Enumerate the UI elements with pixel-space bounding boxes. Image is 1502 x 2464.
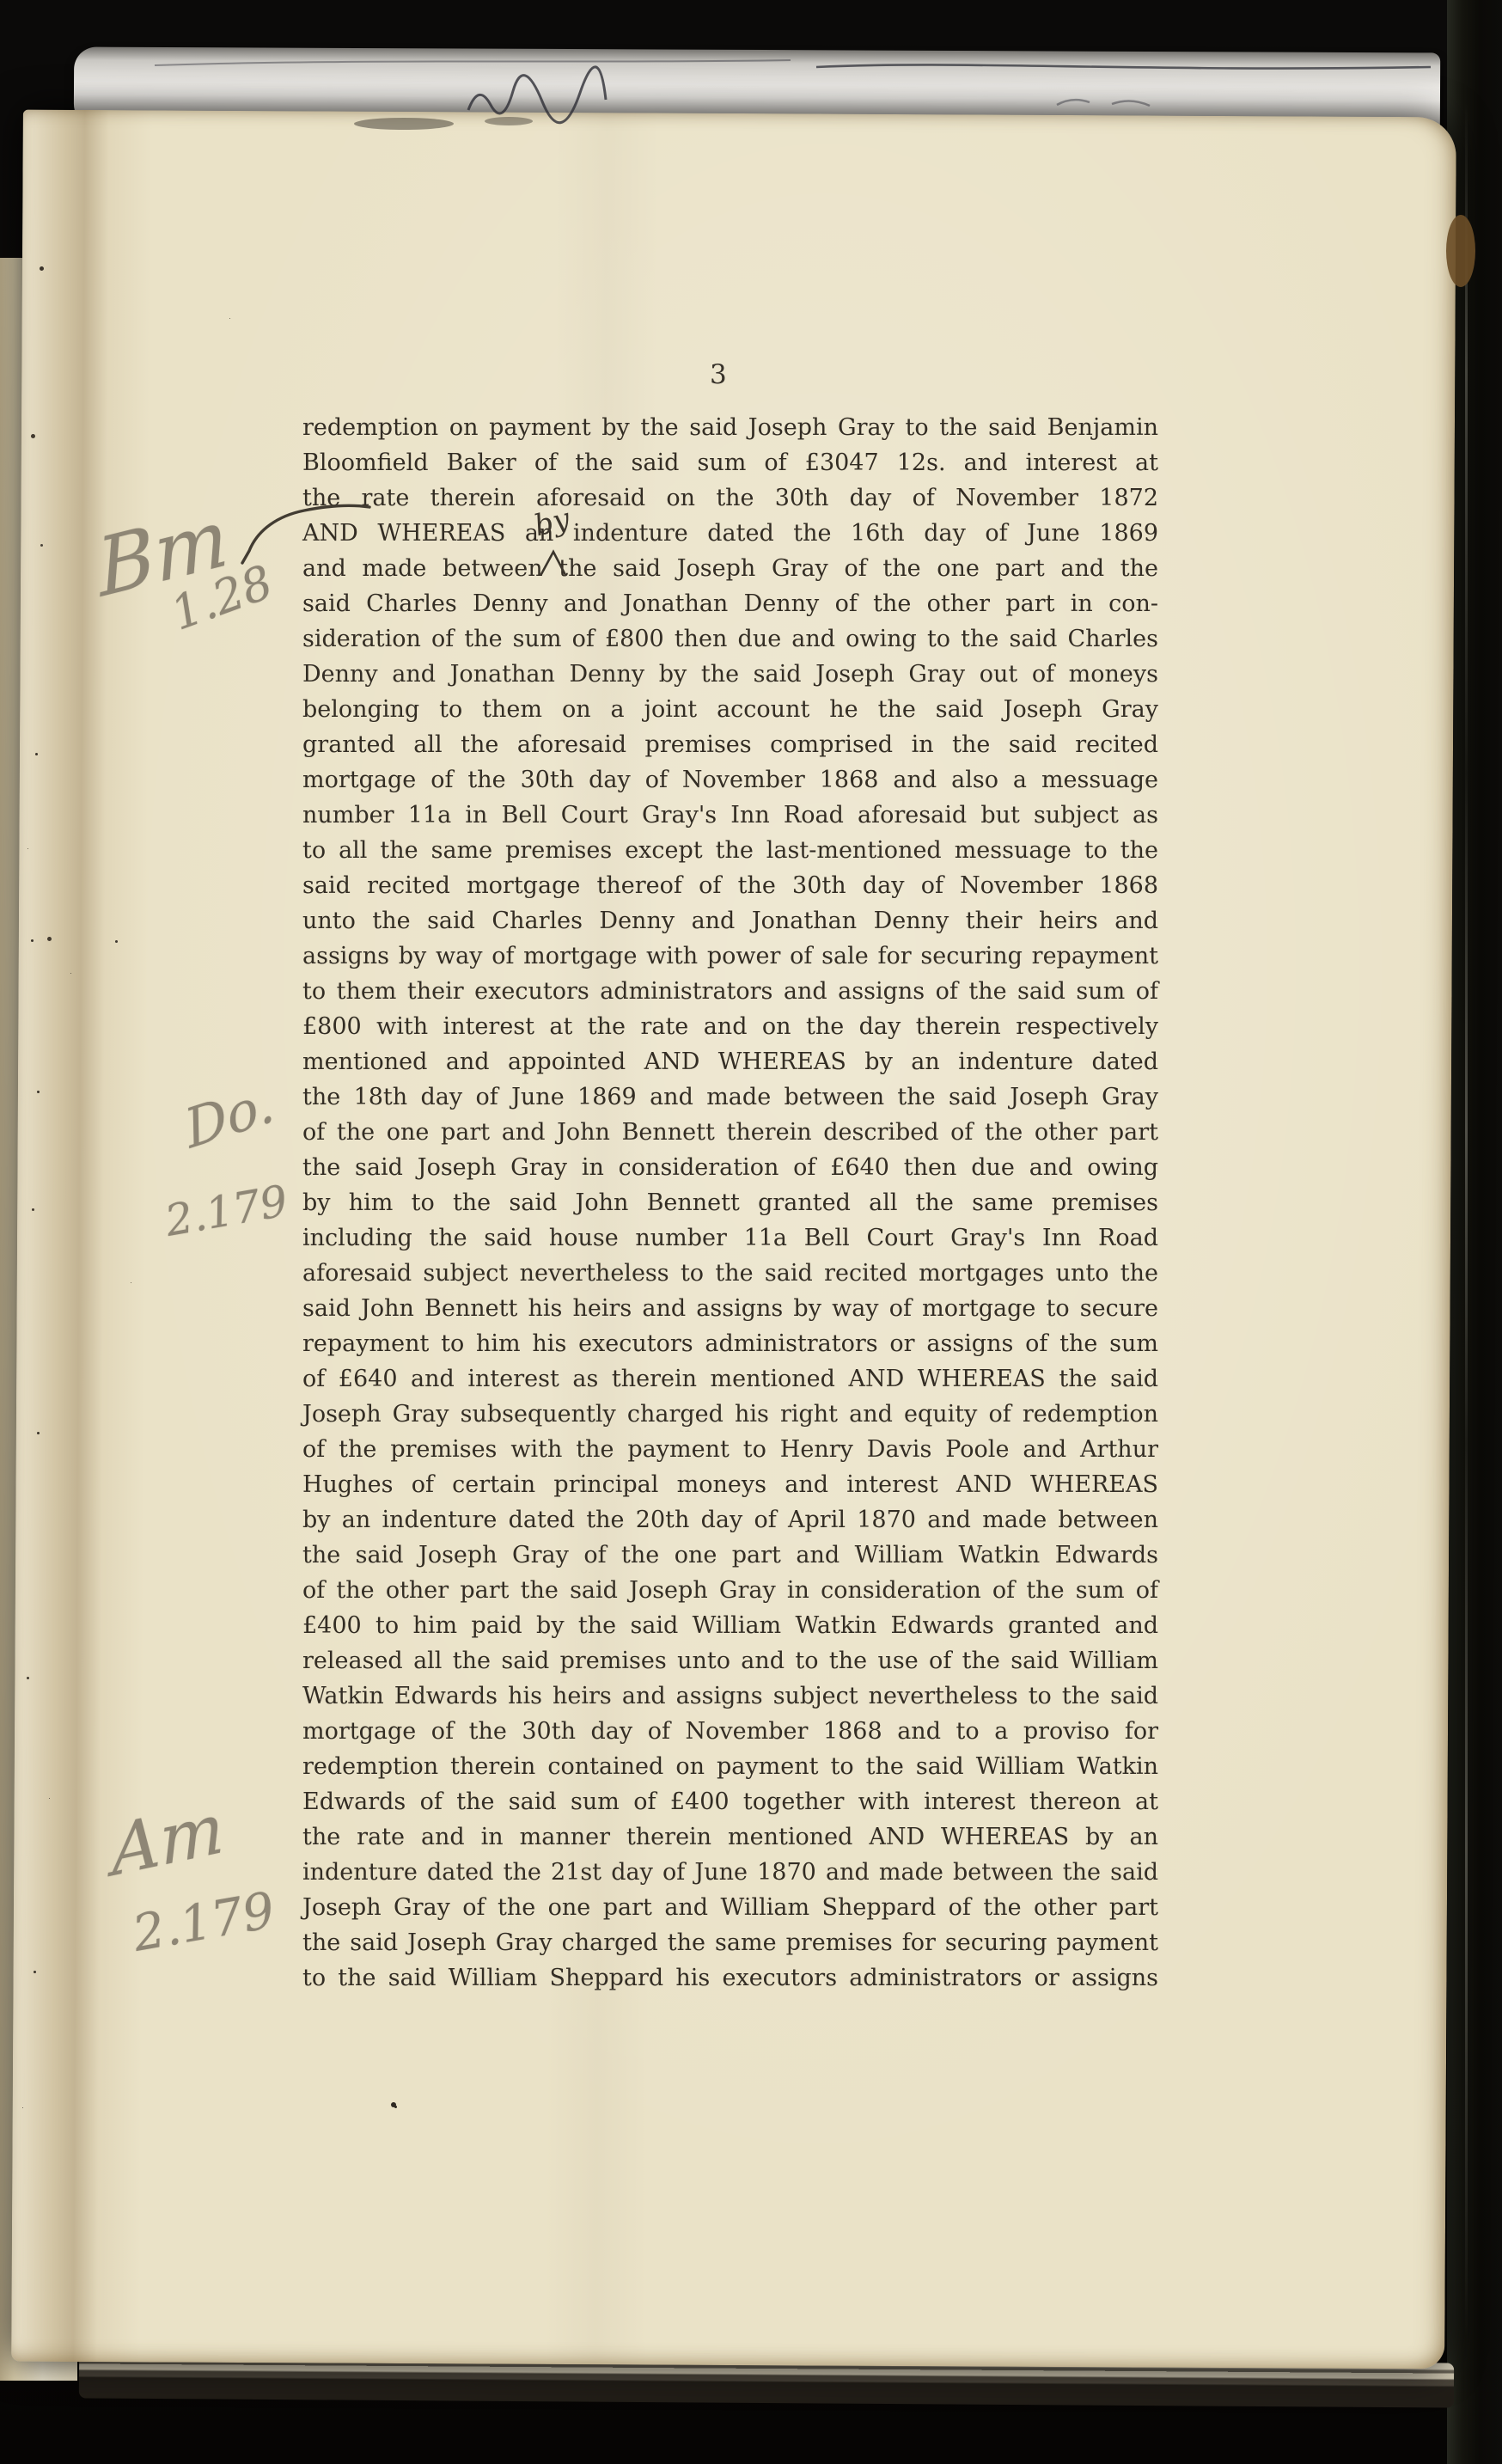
text-line: Edwards of the said sum of £400 together… <box>302 1784 1158 1819</box>
text-line: aforesaid subject nevertheless to the sa… <box>302 1256 1158 1291</box>
text-line: the said Joseph Gray in consideration of… <box>302 1150 1158 1185</box>
text-line: to all the same premises except the last… <box>302 833 1158 868</box>
text-line: unto the said Charles Denny and Jonathan… <box>302 903 1158 939</box>
text-line: the 18th day of June 1869 and made betwe… <box>302 1079 1158 1115</box>
text-line: of the premises with the payment to Henr… <box>302 1432 1158 1467</box>
text-line: £800 with interest at the rate and on th… <box>302 1009 1158 1044</box>
photographed-book-page: 3 redemption on payment by the said Jose… <box>0 0 1502 2464</box>
text-line: the said Joseph Gray charged the same pr… <box>302 1925 1158 1960</box>
text-line: redemption therein contained on payment … <box>302 1749 1158 1784</box>
text-line: mortgage of the 30th day of November 186… <box>302 762 1158 798</box>
text-line: assigns by way of mortgage with power of… <box>302 939 1158 974</box>
text-line: granted all the aforesaid premises compr… <box>302 727 1158 762</box>
text-line: by an indenture dated the 20th day of Ap… <box>302 1502 1158 1538</box>
text-line: to the said William Sheppard his executo… <box>302 1960 1158 1996</box>
book-cover-highlight <box>1465 103 1468 2338</box>
text-line: redemption on payment by the said Joseph… <box>302 410 1158 445</box>
text-line: said Charles Denny and Jonathan Denny of… <box>302 586 1158 621</box>
text-line: the said Joseph Gray of the one part and… <box>302 1538 1158 1573</box>
text-line: Watkin Edwards his heirs and assigns sub… <box>302 1678 1158 1714</box>
text-line: released all the said premises unto and … <box>302 1643 1158 1678</box>
text-line: of the other part the said Joseph Gray i… <box>302 1573 1158 1608</box>
text-line: to them their executors administrators a… <box>302 974 1158 1009</box>
text-line: Denny and Jonathan Denny by the said Jos… <box>302 657 1158 692</box>
text-line: number 11a in Bell Court Gray's Inn Road… <box>302 798 1158 833</box>
text-line: sideration of the sum of £800 then due a… <box>302 621 1158 657</box>
ink-specks <box>40 266 44 271</box>
text-line: Joseph Gray of the one part and William … <box>302 1890 1158 1925</box>
text-line: the rate therein aforesaid on the 30th d… <box>302 480 1158 516</box>
text-line: Hughes of certain principal moneys and i… <box>302 1467 1158 1502</box>
text-line: of £640 and interest as therein mentione… <box>302 1361 1158 1397</box>
text-line: AND WHEREAS an indenture dated the 16th … <box>302 516 1158 551</box>
document-text: redemption on payment by the said Joseph… <box>302 410 1158 1996</box>
text-line: the rate and in manner therein mentioned… <box>302 1819 1158 1855</box>
text-line: including the said house number 11a Bell… <box>302 1220 1158 1256</box>
text-line: belonging to them on a joint account he … <box>302 692 1158 727</box>
text-line: mortgage of the 30th day of November 186… <box>302 1714 1158 1749</box>
text-line: said recited mortgage thereof of the 30t… <box>302 868 1158 903</box>
text-line: Bloomfield Baker of the said sum of £304… <box>302 445 1158 480</box>
text-line: mentioned and appointed AND WHEREAS by a… <box>302 1044 1158 1079</box>
text-line: of the one part and John Bennett therein… <box>302 1115 1158 1150</box>
text-line: and made between the said Joseph Gray of… <box>302 551 1158 586</box>
text-line: by him to the said John Bennett granted … <box>302 1185 1158 1220</box>
text-line: £400 to him paid by the said William Wat… <box>302 1608 1158 1643</box>
book-cover-edge <box>1447 0 1502 2464</box>
text-line: repayment to him his executors administr… <box>302 1326 1158 1361</box>
text-line: indenture dated the 21st day of June 187… <box>302 1855 1158 1890</box>
text-line: Joseph Gray subsequently charged his rig… <box>302 1397 1158 1432</box>
text-line: said John Bennett his heirs and assigns … <box>302 1291 1158 1326</box>
page-number: 3 <box>710 359 728 390</box>
